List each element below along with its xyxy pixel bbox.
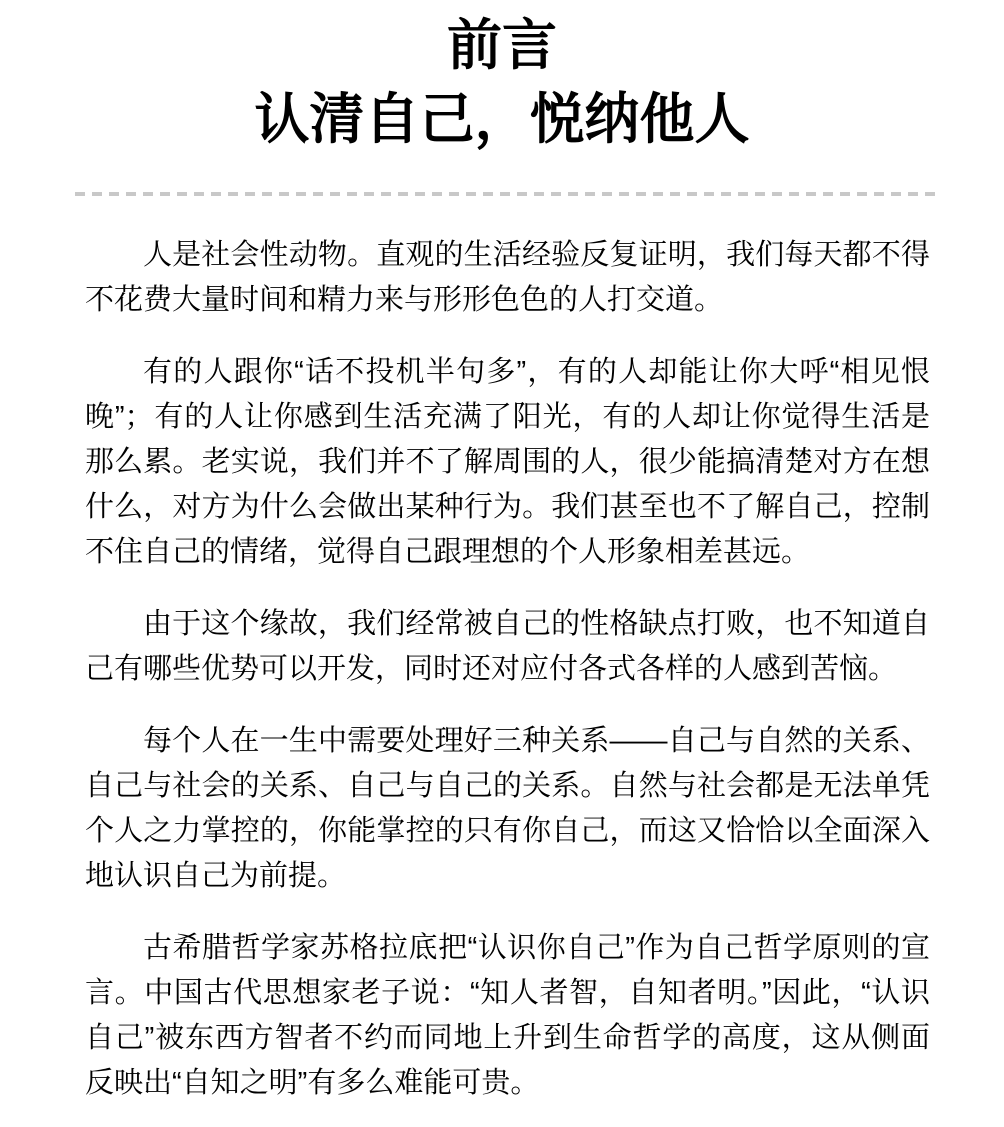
- paragraph-4: 每个人在一生中需要处理好三种关系——自己与自然的关系、自己与社会的关系、自己与自…: [85, 719, 930, 899]
- paragraph-2: 有的人跟你“话不投机半句多”，有的人却能让你大呼“相见恨晚”；有的人让你感到生活…: [85, 350, 930, 575]
- body-text: 人是社会性动物。直观的生活经验反复证明，我们每天都不得不花费大量时间和精力来与形…: [0, 233, 930, 1106]
- paragraph-3: 由于这个缘故，我们经常被自己的性格缺点打败，也不知道自己有哪些优势可以开发，同时…: [85, 602, 930, 692]
- page-title: 前言 认清自己，悦纳他人: [0, 0, 1004, 156]
- title-line-2: 认清自己，悦纳他人: [0, 82, 1004, 156]
- paragraph-5: 古希腊哲学家苏格拉底把“认识你自己”作为自己哲学原则的宣言。中国古代思想家老子说…: [85, 926, 930, 1106]
- title-line-1: 前言: [0, 8, 1004, 82]
- paragraph-1: 人是社会性动物。直观的生活经验反复证明，我们每天都不得不花费大量时间和精力来与形…: [85, 233, 930, 323]
- ebook-page: 前言 认清自己，悦纳他人 人是社会性动物。直观的生活经验反复证明，我们每天都不得…: [0, 0, 1004, 1127]
- dashed-divider: [75, 192, 935, 196]
